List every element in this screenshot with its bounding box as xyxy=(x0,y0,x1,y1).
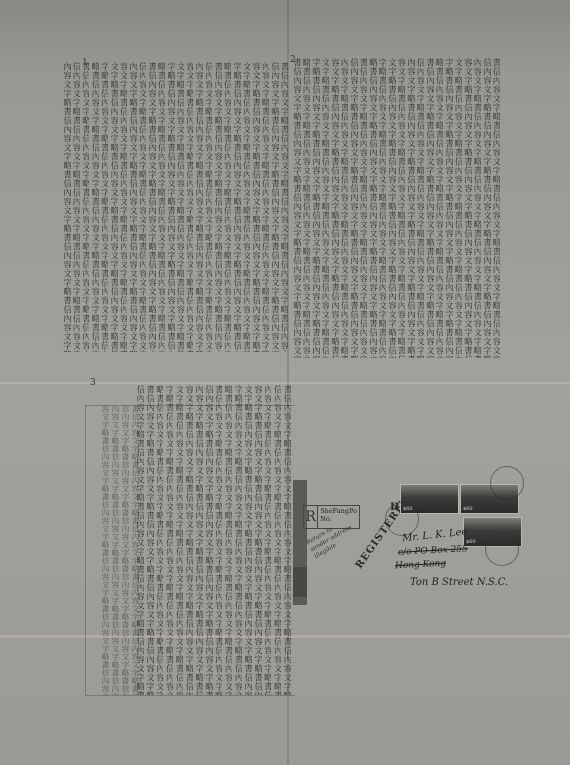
text-column: 文字略書信內容文字略書信內容文字略書信內容文字略書信內容文字略書信內容文字略書信… xyxy=(109,62,117,352)
registration-office: SheFangPo xyxy=(320,507,357,515)
text-column: 書信內容文字略書信內容文字略書信內容文字略書信內容文字略書信內容文字略書信內容文… xyxy=(131,405,140,695)
text-column: 書信內容文字略書信內容文字略書信內容文字略書信內容文字略書信內容文字略書信內容文… xyxy=(292,58,301,358)
text-column: 容文字略書信內容文字略書信內容文字略書信內容文字略書信內容文字略書信內容文字略書… xyxy=(330,58,339,358)
text-column: 信內容文字略書信內容文字略書信內容文字略書信內容文字略書信內容文字略書信內容文字… xyxy=(416,58,425,358)
text-panel-top-right: 書信內容文字略書信內容文字略書信內容文字略書信內容文字略書信內容文字略書信內容文… xyxy=(292,58,500,358)
airmail-stripe-dark xyxy=(293,567,307,597)
text-column: 書信內容文字略書信內容文字略書信內容文字略書信內容文字略書信內容文字略書信內容文… xyxy=(147,62,155,352)
text-column: 書信內容文字略書信內容文字略書信內容文字略書信內容文字略書信內容文字略書信內容文… xyxy=(145,385,154,695)
text-column: 內容文字略書信內容文字略書信內容文字略書信內容文字略書信內容文字略書信內容文字略… xyxy=(263,385,272,695)
horizontal-fold xyxy=(0,382,570,384)
text-column: 內容文字略書信內容文字略書信內容文字略書信內容文字略書信內容文字略書信內容文字略… xyxy=(194,62,202,352)
text-column: 書信內容文字略書信內容文字略書信內容文字略書信內容文字略書信內容文字略書信內容文… xyxy=(359,58,368,358)
address-line: c/o PO Box 255 xyxy=(398,544,468,558)
text-column: 內容文字略書信內容文字略書信內容文字略書信內容文字略書信內容文字略書信內容文字略… xyxy=(406,58,415,358)
postmark xyxy=(490,466,524,500)
text-column: 信內容文字略書信內容文字略書信內容文字略書信內容文字略書信內容文字略書信內容文字… xyxy=(349,58,358,358)
text-column: 字略書信內容文字略書信內容文字略書信內容文字略書信內容文字略書信內容文字略書信內… xyxy=(164,385,173,695)
text-column: 書信內容文字略書信內容文字略書信內容文字略書信內容文字略書信內容文字略書信內容文… xyxy=(214,385,223,695)
text-column: 文字略書信內容文字略書信內容文字略書信內容文字略書信內容文字略書信內容文字略書信… xyxy=(454,58,463,358)
address-line: Hong Kong xyxy=(395,559,447,572)
text-column: 字略書信內容文字略書信內容文字略書信內容文字略書信內容文字略書信內容文字略書信內… xyxy=(444,58,453,358)
text-column: 內容文字略書信內容文字略書信內容文字略書信內容文字略書信內容文字略書信內容文字略… xyxy=(340,58,349,358)
text-column: 文字略書信內容文字略書信內容文字略書信內容文字略書信內容文字略書信內容文字略書信… xyxy=(321,58,330,358)
text-column: 容文字略書信內容文字略書信內容文字略書信內容文字略書信內容文字略書信內容文字略書… xyxy=(463,58,472,358)
text-column: 字略書信內容文字略書信內容文字略書信內容文字略書信內容文字略書信內容文字略書信內… xyxy=(100,62,108,352)
text-column: 信內容文字略書信內容文字略書信內容文字略書信內容文字略書信內容文字略書信內容文字… xyxy=(272,385,281,695)
text-column: 略書信內容文字略書信內容文字略書信內容文字略書信內容文字略書信內容文字略書信內容… xyxy=(90,62,98,352)
text-column: 文字略書信內容文字略書信內容文字略書信內容文字略書信內容文字略書信內容文字略書信… xyxy=(176,62,184,352)
text-column: 內容文字略書信內容文字略書信內容文字略書信內容文字略書信內容文字略書信內容文字略… xyxy=(111,405,120,695)
text-column: 容文字略書信內容文字略書信內容文字略書信內容文字略書信內容文字略書信內容文字略書… xyxy=(251,62,259,352)
rule-line xyxy=(85,695,295,696)
envelope-cover: R SheFangPo No. HF 15 REGISTERED Return … xyxy=(290,472,535,612)
text-column: 略書信內容文字略書信內容文字略書信內容文字略書信內容文字略書信內容文字略書信內容… xyxy=(302,58,311,358)
text-column: 內容文字略書信內容文字略書信內容文字略書信內容文字略書信內容文字略書信內容文字略… xyxy=(473,58,482,358)
text-column: 信內容文字略書信內容文字略書信內容文字略書信內容文字略書信內容文字略書信內容文字… xyxy=(121,405,130,695)
text-column: 字略書信內容文字略書信內容文字略書信內容文字略書信內容文字略書信內容文字略書信內… xyxy=(311,58,320,358)
letter-sheet: 1 2 3 書信內容文字略書信內容文字略書信內容文字略書信內容文字略書信內容文字… xyxy=(0,0,570,765)
text-column: 內容文字略書信內容文字略書信內容文字略書信內容文字略書信內容文字略書信內容文字略… xyxy=(261,62,269,352)
text-column: 容文字略書信內容文字略書信內容文字略書信內容文字略書信內容文字略書信內容文字略書… xyxy=(397,58,406,358)
text-column: 內容文字略書信內容文字略書信內容文字略書信內容文字略書信內容文字略書信內容文字略… xyxy=(194,385,203,695)
page-mark: 3 xyxy=(90,378,96,388)
text-column: 書信內容文字略書信內容文字略書信內容文字略書信內容文字略書信內容文字略書信內容文… xyxy=(81,62,89,352)
text-column: 文字略書信內容文字略書信內容文字略書信內容文字略書信內容文字略書信內容文字略書信… xyxy=(243,385,252,695)
text-column: 字略書信內容文字略書信內容文字略書信內容文字略書信內容文字略書信內容文字略書信內… xyxy=(166,62,174,352)
text-column: 信內容文字略書信內容文字略書信內容文字略書信內容文字略書信內容文字略書信內容文字… xyxy=(138,62,146,352)
text-column: 文字略書信內容文字略書信內容文字略書信內容文字略書信內容文字略書信內容文字略書信… xyxy=(174,385,183,695)
text-column: 略書信內容文字略書信內容文字略書信內容文字略書信內容文字略書信內容文字略書信內容… xyxy=(435,58,444,358)
text-column: 容文字略書信內容文字略書信內容文字略書信內容文字略書信內容文字略書信內容文字略書… xyxy=(101,405,110,695)
text-column: 略書信內容文字略書信內容文字略書信內容文字略書信內容文字略書信內容文字略書信內容… xyxy=(223,385,232,695)
text-column: 容文字略書信內容文字略書信內容文字略書信內容文字略書信內容文字略書信內容文字略書… xyxy=(119,62,127,352)
text-column: 內容文字略書信內容文字略書信內容文字略書信內容文字略書信內容文字略書信內容文字略… xyxy=(128,62,136,352)
text-panel-top-left: 書信內容文字略書信內容文字略書信內容文字略書信內容文字略書信內容文字略書信內容文… xyxy=(62,62,288,352)
text-panel-signature: 書信內容文字略書信內容文字略書信內容文字略書信內容文字略書信內容文字略書信內容文… xyxy=(85,405,140,695)
text-column: 略書信內容文字略書信內容文字略書信內容文字略書信內容文字略書信內容文字略書信內容… xyxy=(155,385,164,695)
text-column: 字略書信內容文字略書信內容文字略書信內容文字略書信內容文字略書信內容文字略書信內… xyxy=(232,62,240,352)
text-column: 略書信內容文字略書信內容文字略書信內容文字略書信內容文字略書信內容文字略書信內容… xyxy=(223,62,231,352)
text-column: 信內容文字略書信內容文字略書信內容文字略書信內容文字略書信內容文字略書信內容文字… xyxy=(482,58,491,358)
text-column: 容文字略書信內容文字略書信內容文字略書信內容文字略書信內容文字略書信內容文字略書… xyxy=(185,62,193,352)
text-column: 字略書信內容文字略書信內容文字略書信內容文字略書信內容文字略書信內容文字略書信內… xyxy=(378,58,387,358)
text-column: 信內容文字略書信內容文字略書信內容文字略書信內容文字略書信內容文字略書信內容文字… xyxy=(270,62,278,352)
text-column: 容文字略書信內容文字略書信內容文字略書信內容文字略書信內容文字略書信內容文字略書… xyxy=(253,385,262,695)
text-column: 內容文字略書信內容文字略書信內容文字略書信內容文字略書信內容文字略書信內容文字略… xyxy=(62,62,70,352)
text-column: 字略書信內容文字略書信內容文字略書信內容文字略書信內容文字略書信內容文字略書信內… xyxy=(233,385,242,695)
text-column: 書信內容文字略書信內容文字略書信內容文字略書信內容文字略書信內容文字略書信內容文… xyxy=(213,62,221,352)
text-column: 信內容文字略書信內容文字略書信內容文字略書信內容文字略書信內容文字略書信內容文字… xyxy=(204,385,213,695)
text-column: 書信內容文字略書信內容文字略書信內容文字略書信內容文字略書信內容文字略書信內容文… xyxy=(492,58,501,358)
text-column: 信內容文字略書信內容文字略書信內容文字略書信內容文字略書信內容文字略書信內容文字… xyxy=(204,62,212,352)
text-column: 文字略書信內容文字略書信內容文字略書信內容文字略書信內容文字略書信內容文字略書信… xyxy=(242,62,250,352)
text-column: 書信內容文字略書信內容文字略書信內容文字略書信內容文字略書信內容文字略書信內容文… xyxy=(280,62,288,352)
text-column: 略書信內容文字略書信內容文字略書信內容文字略書信內容文字略書信內容文字略書信內容… xyxy=(157,62,165,352)
text-column: 文字略書信內容文字略書信內容文字略書信內容文字略書信內容文字略書信內容文字略書信… xyxy=(387,58,396,358)
postmark xyxy=(485,532,519,566)
registration-letter: R xyxy=(304,506,318,528)
text-column: 略書信內容文字略書信內容文字略書信內容文字略書信內容文字略書信內容文字略書信內容… xyxy=(368,58,377,358)
text-column: 信內容文字略書信內容文字略書信內容文字略書信內容文字略書信內容文字略書信內容文字… xyxy=(72,62,80,352)
address-line: Ton B Street N.S.C. xyxy=(410,577,508,588)
text-panel-bottom-middle: 書信內容文字略書信內容文字略書信內容文字略書信內容文字略書信內容文字略書信內容文… xyxy=(135,385,291,695)
text-column: 書信內容文字略書信內容文字略書信內容文字略書信內容文字略書信內容文字略書信內容文… xyxy=(425,58,434,358)
postmark xyxy=(385,502,419,536)
text-column: 容文字略書信內容文字略書信內容文字略書信內容文字略書信內容文字略書信內容文字略書… xyxy=(184,385,193,695)
